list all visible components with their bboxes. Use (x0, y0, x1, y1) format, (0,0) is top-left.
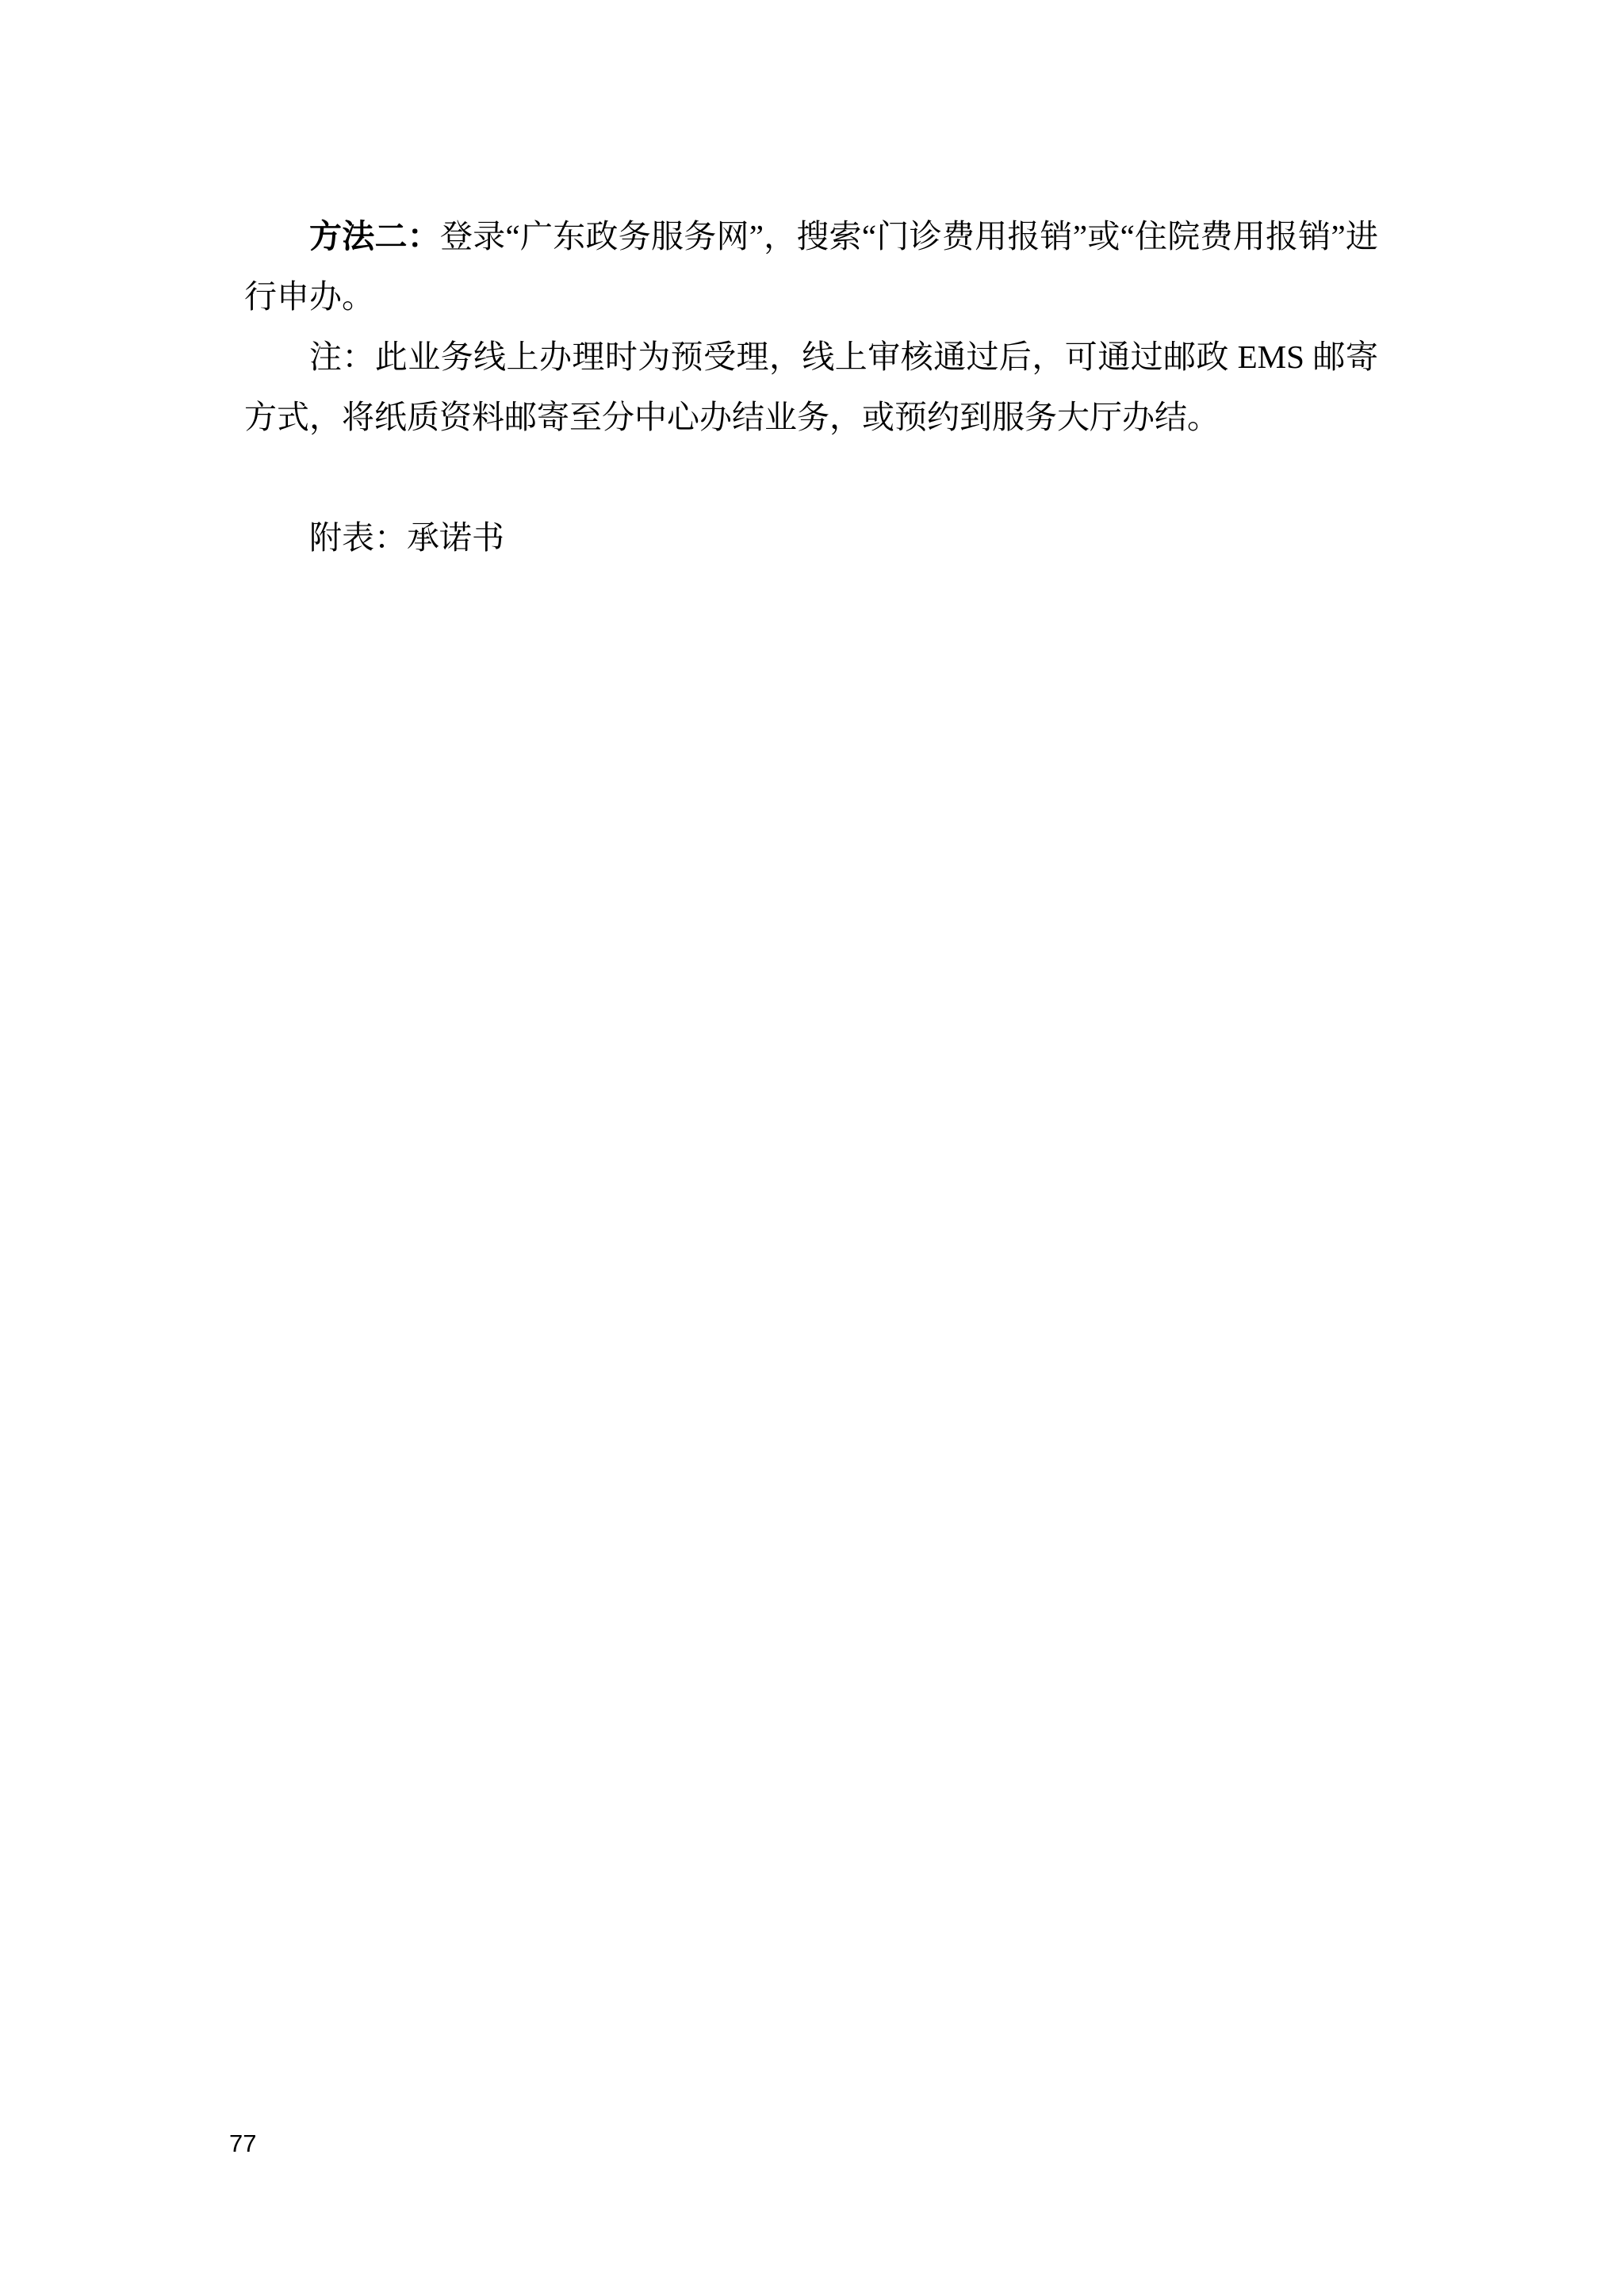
paragraph-note: 注：此业务线上办理时为预受理，线上审核通过后，可通过邮政 EMS 邮寄方式，将纸… (244, 327, 1378, 447)
paragraph-method2-lead: 方法二： (309, 218, 440, 254)
paragraph-attachment: 附表：承诺书 (244, 507, 1378, 568)
page-number: 77 (229, 2130, 256, 2158)
paragraph-method2: 方法二：登录“广东政务服务网”，搜索“门诊费用报销”或“住院费用报销”进行申办。 (244, 206, 1378, 327)
document-body: 方法二：登录“广东政务服务网”，搜索“门诊费用报销”或“住院费用报销”进行申办。… (244, 206, 1378, 568)
document-page: 方法二：登录“广东政务服务网”，搜索“门诊费用报销”或“住院费用报销”进行申办。… (0, 0, 1624, 2296)
